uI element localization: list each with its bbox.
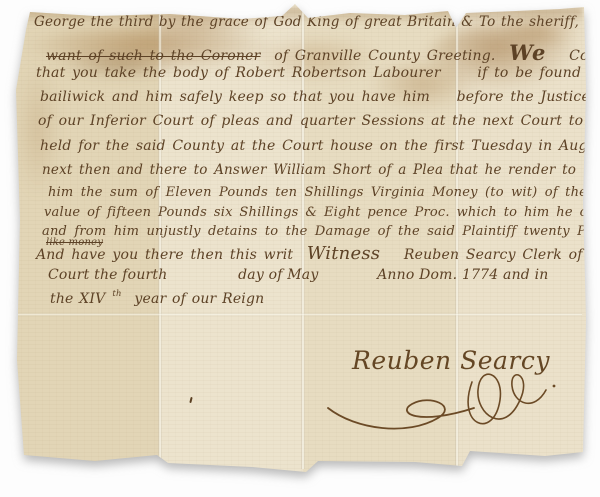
doc-text: before the Justices (457, 89, 598, 105)
manuscript-paper: George the third by the grace of God Kin… (0, 0, 600, 497)
doc-text: value of fifteen Pounds six Shillings & … (44, 205, 600, 220)
doc-line-7: next then and there to Answer William Sh… (42, 162, 576, 178)
doc-text: of our Inferior Court of pleas and quart… (38, 113, 600, 129)
doc-text: that you take the body of Robert Roberts… (36, 65, 441, 81)
doc-text: Court the fourth (48, 267, 167, 283)
doc-line-5: of our Inferior Court of pleas and quart… (38, 113, 600, 129)
doc-text-emphasis: We (509, 40, 546, 65)
doc-text-struck: want of such to the Coroner (46, 48, 261, 64)
doc-text: And have you there then this writ (36, 247, 293, 263)
doc-text: day of May (238, 267, 318, 283)
doc-line-2: want of such to the Coroner of Granville… (46, 40, 600, 65)
signature-name: Reuben Searcy (352, 346, 550, 375)
doc-text: him the sum of Eleven Pounds ten Shillin… (48, 185, 587, 200)
stain-blob (16, 60, 60, 200)
doc-text-struck: and for (591, 14, 600, 30)
doc-line-8: him the sum of Eleven Pounds ten Shillin… (48, 185, 587, 200)
doc-text: the XIV (50, 291, 105, 307)
photo-background: George the third by the grace of God Kin… (0, 0, 600, 497)
doc-line-1: George the third by the grace of God Kin… (34, 14, 600, 30)
doc-line-3: that you take the body of Robert Roberts… (36, 65, 600, 81)
doc-text-emphasis: Witness (307, 243, 380, 264)
doc-line-4: bailiwick and him safely keep so that yo… (40, 89, 597, 105)
doc-text: George the third by the grace of God Kin… (34, 14, 579, 30)
fold-crease-horizontal (18, 313, 582, 316)
doc-line-14: the XIVth year of our Reign (50, 289, 264, 307)
doc-text: Reuben Searcy Clerk of our said (404, 247, 600, 263)
doc-text: Anno Dom. 1774 and in (377, 267, 548, 283)
doc-text: and from him unjustly detains to the Dam… (42, 224, 600, 239)
doc-line-13: Court the fourth day of May Anno Dom. 17… (48, 267, 549, 283)
ink-speck (189, 397, 192, 403)
doc-line-9: value of fifteen Pounds six Shillings & … (44, 205, 600, 220)
doc-line-10: and from him unjustly detains to the Dam… (42, 224, 600, 239)
paper-surface: George the third by the grace of God Kin… (0, 0, 600, 497)
doc-text: next then and there to Answer William Sh… (42, 162, 576, 178)
doc-text: held for the said County at the Court ho… (40, 138, 600, 154)
doc-text-superscript: th (112, 289, 121, 299)
doc-text: bailiwick and him safely keep so that yo… (40, 89, 430, 105)
doc-text: Command you (569, 48, 600, 64)
doc-line-6: held for the said County at the Court ho… (40, 138, 600, 154)
doc-text: year of our Reign (134, 291, 264, 307)
doc-line-12: And have you there then this writ Witnes… (36, 243, 600, 264)
doc-text: if to be found in your (477, 65, 600, 81)
doc-text: of Granville County Greeting. (274, 48, 495, 64)
